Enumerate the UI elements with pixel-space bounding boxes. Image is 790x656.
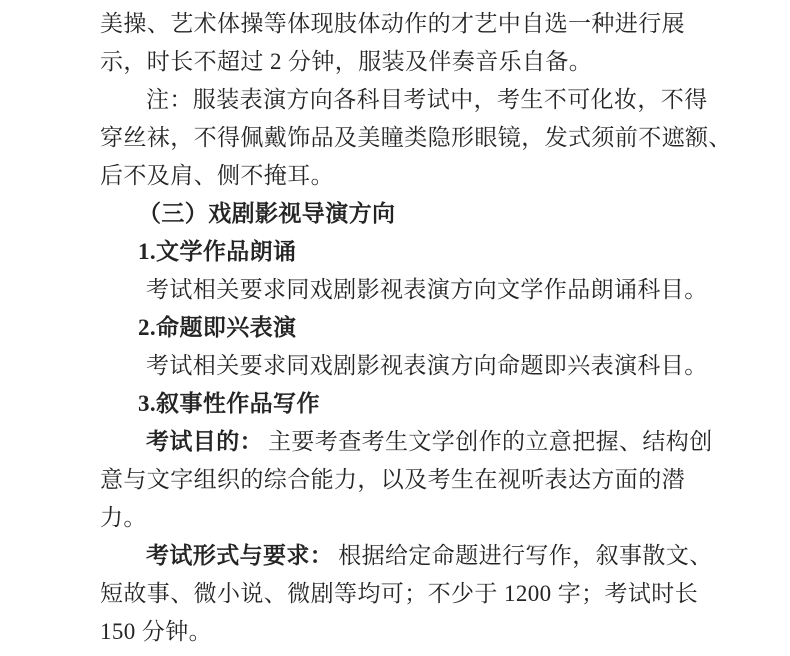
text-line: 考试相关要求同戏剧影视表演方向文学作品朗诵科目。 xyxy=(100,271,685,309)
section-heading: （三）戏剧影视导演方向 xyxy=(100,195,685,233)
subject-heading-2: 2.命题即兴表演 xyxy=(100,309,685,347)
subject-heading-1: 1.文学作品朗诵 xyxy=(100,233,685,271)
exam-format-label: 考试形式与要求： xyxy=(146,543,333,568)
text-line: 150 分钟。 xyxy=(100,613,685,651)
exam-purpose-line: 考试目的：主要考查考生文学创作的立意把握、结构创 xyxy=(100,423,685,461)
note-paragraph-line: 注：服装表演方向各科目考试中，考生不可化妆，不得 xyxy=(100,81,685,119)
exam-purpose-label: 考试目的： xyxy=(146,429,263,454)
subject-heading-3: 3.叙事性作品写作 xyxy=(100,385,685,423)
text-run: 根据给定命题进行写作，叙事散文、 xyxy=(338,543,712,568)
note-paragraph-line: 穿丝袜，不得佩戴饰品及美瞳类隐形眼镜，发式须前不遮额、 xyxy=(100,119,685,157)
text-line: 力。 xyxy=(100,499,685,537)
text-line: 考试相关要求同戏剧影视表演方向命题即兴表演科目。 xyxy=(100,347,685,385)
text-column: 美操、艺术体操等体现肢体动作的才艺中自选一种进行展 示，时长不超过 2 分钟，服… xyxy=(100,5,685,651)
exam-format-line: 考试形式与要求：根据给定命题进行写作，叙事散文、 xyxy=(100,537,685,575)
note-paragraph-line: 后不及肩、侧不掩耳。 xyxy=(100,157,685,195)
text-line: 意与文字组织的综合能力，以及考生在视听表达方面的潜 xyxy=(100,461,685,499)
document-page: 美操、艺术体操等体现肢体动作的才艺中自选一种进行展 示，时长不超过 2 分钟，服… xyxy=(0,0,790,656)
text-line: 短故事、微小说、微剧等均可；不少于 1200 字；考试时长 xyxy=(100,575,685,613)
text-run: 主要考查考生文学创作的立意把握、结构创 xyxy=(268,429,713,454)
text-line: 示，时长不超过 2 分钟，服装及伴奏音乐自备。 xyxy=(100,43,685,81)
text-line: 美操、艺术体操等体现肢体动作的才艺中自选一种进行展 xyxy=(100,5,685,43)
